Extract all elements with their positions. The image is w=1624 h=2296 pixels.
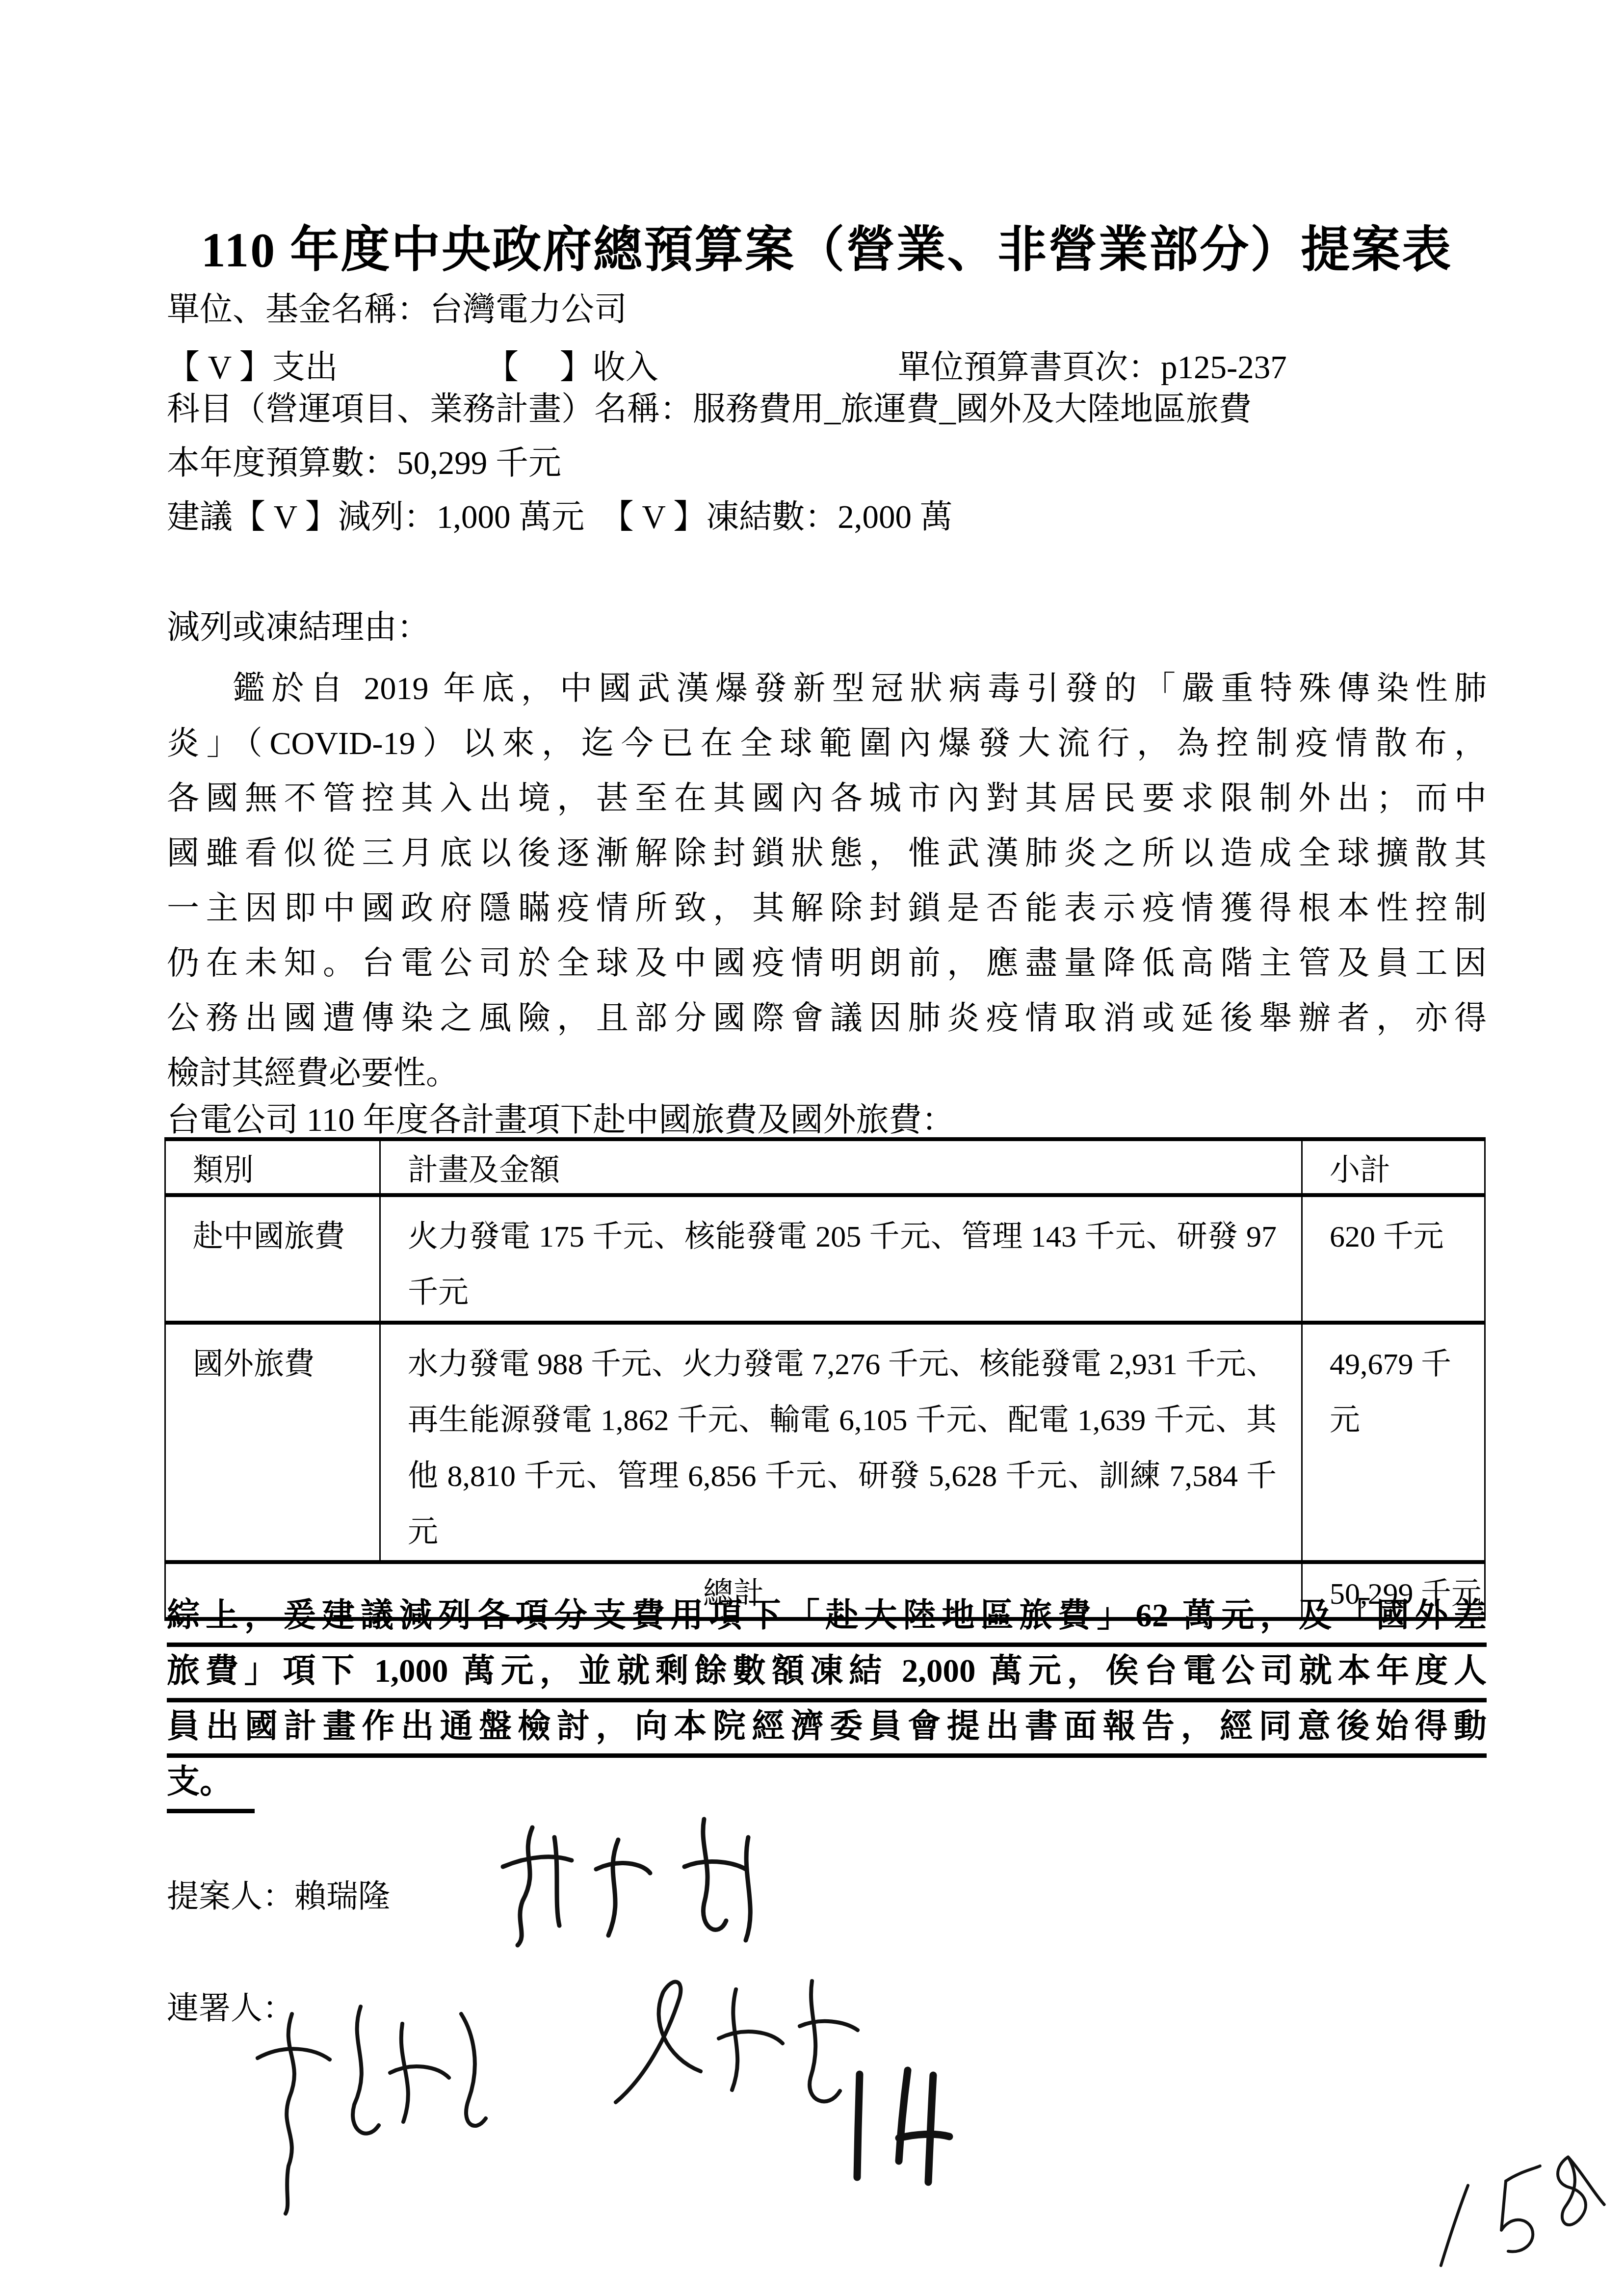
row-subtotal: 620 千元	[1302, 1195, 1485, 1323]
travel-budget-table: 類別 計畫及金額 小計 赴中國旅費 火力發電 175 千元、核能發電 205 千…	[164, 1137, 1486, 1621]
reason-heading: 減列或凍結理由：	[167, 608, 1487, 647]
income-checkbox: 【 】收入	[486, 348, 658, 387]
conclusion-line: 員出國計畫作出通盤檢討，向本院經濟委員會提出書面報告，經同意後始得動	[167, 1702, 1487, 1758]
type-checkbox-line: 【 V 】支出 【 】收入 單位預算書頁次：p125-237	[167, 348, 1487, 388]
page-title: 110 年度中央政府總預算案（營業、非營業部分）提案表	[147, 210, 1506, 281]
cosigner-signature-1	[226, 1987, 530, 2218]
reason-line: 公務出國遭傳染之風險，且部分國際會議因肺炎疫情取消或延後舉辦者，亦得	[167, 991, 1487, 1046]
annual-budget-line: 本年度預算數：50,299 千元	[167, 444, 1487, 482]
proposal-amount-line: 建議【 V 】減列：1,000 萬元 【 V 】凍結數：2,000 萬	[167, 498, 1487, 536]
handwritten-sheet-number: 14	[829, 2061, 967, 2188]
row-category: 國外旅費	[165, 1323, 380, 1562]
conclusion-line: 支。	[167, 1758, 255, 1813]
col-header-category: 類別	[165, 1139, 380, 1195]
proposer-label: 提案人：賴瑞隆	[167, 1870, 390, 1916]
reason-line: 炎」（COVID-19）以來，迄今已在全球範圍內爆發大流行，為控制疫情散布，	[167, 716, 1487, 771]
reason-line: 鑑於自 2019 年底，中國武漢爆發新型冠狀病毒引發的「嚴重特殊傳染性肺	[167, 661, 1487, 716]
unit-name-line: 單位、基金名稱：台灣電力公司	[167, 290, 1487, 329]
document-page: 110 年度中央政府總預算案（營業、非營業部分）提案表 單位、基金名稱：台灣電力…	[0, 0, 1624, 2296]
subject-line: 科目（營運項目、業務計畫）名稱：服務費用_旅運費_國外及大陸地區旅費	[167, 390, 1487, 428]
budget-book-page-ref: 單位預算書頁次：p125-237	[898, 348, 1287, 387]
row-detail: 火力發電 175 千元、核能發電 205 千元、管理 143 千元、研發 97 …	[380, 1195, 1302, 1323]
col-header-plan-amount: 計畫及金額	[380, 1139, 1302, 1195]
conclusion-line: 旅費」項下 1,000 萬元，並就剩餘數額凍結 2,000 萬元，俟台電公司就本…	[167, 1647, 1487, 1702]
reason-paragraph: 鑑於自 2019 年底，中國武漢爆發新型冠狀病毒引發的「嚴重特殊傳染性肺 炎」（…	[167, 661, 1487, 1101]
row-subtotal: 49,679 千元	[1302, 1323, 1485, 1562]
reason-line: 仍在未知。台電公司於全球及中國疫情明朗前，應盡量降低高階主管及員工因	[167, 936, 1487, 991]
row-detail: 水力發電 988 千元、火力發電 7,276 千元、核能發電 2,931 千元、…	[380, 1323, 1302, 1562]
table-intro-line: 台電公司 110 年度各計畫項下赴中國旅費及國外旅費：	[167, 1101, 1487, 1139]
col-header-subtotal: 小計	[1302, 1139, 1485, 1195]
reason-line: 各國無不管控其入出境，甚至在其國內各城市內對其居民要求限制外出；而中	[167, 771, 1487, 826]
proposer-signature	[481, 1810, 785, 1953]
expenditure-checkbox: 【 V 】支出	[167, 348, 338, 387]
conclusion-line: 綜上，爰建議減列各項分支費用項下「赴大陸地區旅費」62 萬元，及「國外差	[167, 1592, 1487, 1647]
table-row: 赴中國旅費 火力發電 175 千元、核能發電 205 千元、管理 143 千元、…	[165, 1195, 1485, 1323]
table-header-row: 類別 計畫及金額 小計	[165, 1139, 1485, 1195]
reason-line: 一主因即中國政府隱瞞疫情所致，其解除封鎖是否能表示疫情獲得根本性控制	[167, 881, 1487, 936]
handwritten-page-number: 158	[1402, 2132, 1621, 2294]
conclusion-paragraph: 綜上，爰建議減列各項分支費用項下「赴大陸地區旅費」62 萬元，及「國外差 旅費」…	[167, 1592, 1487, 1813]
row-category: 赴中國旅費	[165, 1195, 380, 1323]
reason-line: 國雖看似從三月底以後逐漸解除封鎖狀態，惟武漢肺炎之所以造成全球擴散其	[167, 826, 1487, 881]
table-row: 國外旅費 水力發電 988 千元、火力發電 7,276 千元、核能發電 2,93…	[165, 1323, 1485, 1562]
reason-line: 檢討其經費必要性。	[167, 1046, 1487, 1101]
